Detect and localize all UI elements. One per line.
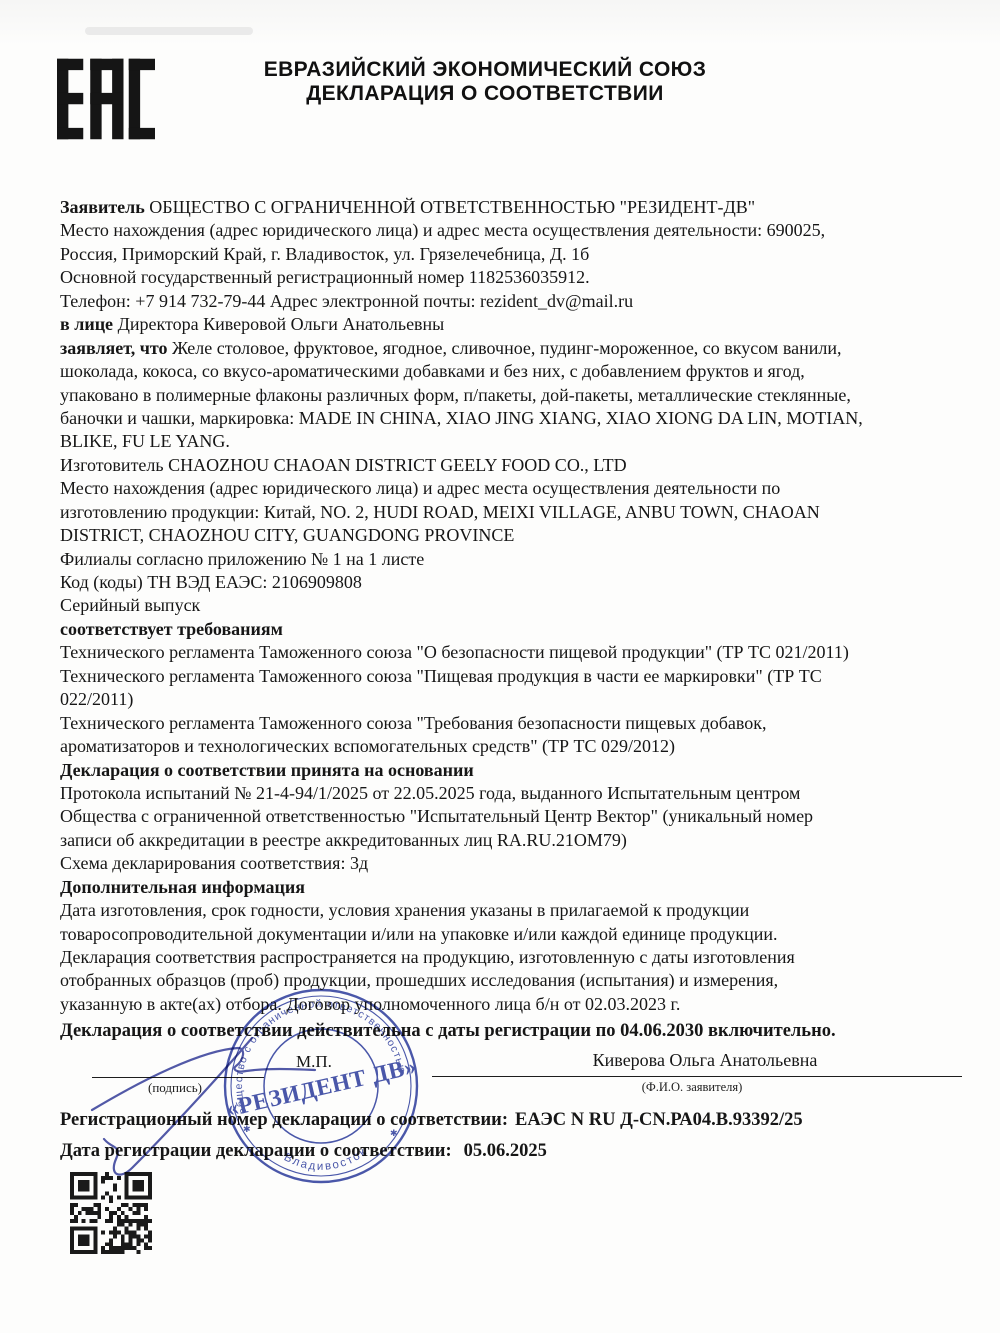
doc-line: Дополнительная информация [60,876,965,899]
title-line-1: ЕВРАЗИЙСКИЙ ЭКОНОМИЧЕСКИЙ СОЮЗ [170,58,800,82]
doc-line: Телефон: +7 914 732-79-44 Адрес электрон… [60,290,965,313]
doc-line: шоколада, кокоса, со вкусо-ароматическим… [60,360,965,383]
document-body: Заявитель ОБЩЕСТВО С ОГРАНИЧЕННОЙ ОТВЕТС… [60,196,965,1016]
doc-line: Декларация о соответствии принята на осн… [60,759,965,782]
doc-line: Филиалы согласно приложению № 1 на 1 лис… [60,548,965,571]
doc-line: ароматизаторов и технологических вспомог… [60,735,965,758]
title-line-2: ДЕКЛАРАЦИЯ О СООТВЕТСТВИИ [170,82,800,106]
doc-line: Россия, Приморский Край, г. Владивосток,… [60,243,965,266]
stamp-separator-icon: ✱ [390,1128,398,1138]
doc-line: BLIKE, FU LE YANG. [60,430,965,453]
doc-line: Дата изготовления, срок годности, услови… [60,899,965,922]
doc-line: баночки и чашки, маркировка: MADE IN CHI… [60,407,965,430]
declaration-document: ЕВРАЗИЙСКИЙ ЭКОНОМИЧЕСКИЙ СОЮЗ ДЕКЛАРАЦИ… [0,0,1000,1333]
doc-line: Код (коды) ТН ВЭД ЕАЭС: 2106909808 [60,571,965,594]
registration-number-value: ЕАЭС N RU Д-CN.РА04.В.93392/25 [515,1110,803,1130]
scan-artifact [0,0,1000,45]
doc-line: Технического регламента Таможенного союз… [60,712,965,735]
doc-line: Заявитель ОБЩЕСТВО С ОГРАНИЧЕННОЙ ОТВЕТС… [60,196,965,219]
doc-line: DISTRICT, CHAOZHOU CITY, GUANGDONG PROVI… [60,524,965,547]
doc-line: Серийный выпуск [60,594,965,617]
doc-line: Изготовитель CHAOZHOU CHAOAN DISTRICT GE… [60,454,965,477]
doc-line: Место нахождения (адрес юридического лиц… [60,477,965,500]
eac-mark-icon [57,56,155,142]
name-caption: (Ф.И.О. заявителя) [617,1080,767,1095]
applicant-name: Киверова Ольга Анатольевна [560,1050,850,1071]
registration-date-value: 05.06.2025 [464,1141,547,1161]
doc-line: Основной государственный регистрационный… [60,266,965,289]
document-title: ЕВРАЗИЙСКИЙ ЭКОНОМИЧЕСКИЙ СОЮЗ ДЕКЛАРАЦИ… [170,58,800,106]
doc-line: Технического регламента Таможенного союз… [60,641,965,664]
doc-line: Место нахождения (адрес юридического лиц… [60,219,965,242]
doc-line: упаковано в полимерные флаконы различных… [60,384,965,407]
signature-handwriting [52,1018,342,1188]
doc-line: отобранных образцов (проб) продукции, пр… [60,969,965,992]
doc-line: Декларация соответствия распространяется… [60,946,965,969]
doc-line: Общества с ограниченной ответственностью… [60,805,965,828]
doc-line: указанную в акте(ах) отбора. Договор упо… [60,993,965,1016]
name-line [432,1076,962,1077]
doc-line: Протокола испытаний № 21-4-94/1/2025 от … [60,782,965,805]
doc-line: 022/2011) [60,688,965,711]
scan-artifact [85,27,253,35]
doc-line: в лице Директора Киверовой Ольги Анатоль… [60,313,965,336]
doc-line: изготовлению продукции: Китай, NO. 2, HU… [60,501,965,524]
doc-line: соответствует требованиям [60,618,965,641]
doc-line: заявляет, что Желе столовое, фруктовое, … [60,337,965,360]
doc-line: товаросопроводительной документации и/ил… [60,923,965,946]
doc-line: Технического регламента Таможенного союз… [60,665,965,688]
doc-line: записи об аккредитации в реестре аккреди… [60,829,965,852]
doc-line: Схема декларирования соответствия: 3д [60,852,965,875]
